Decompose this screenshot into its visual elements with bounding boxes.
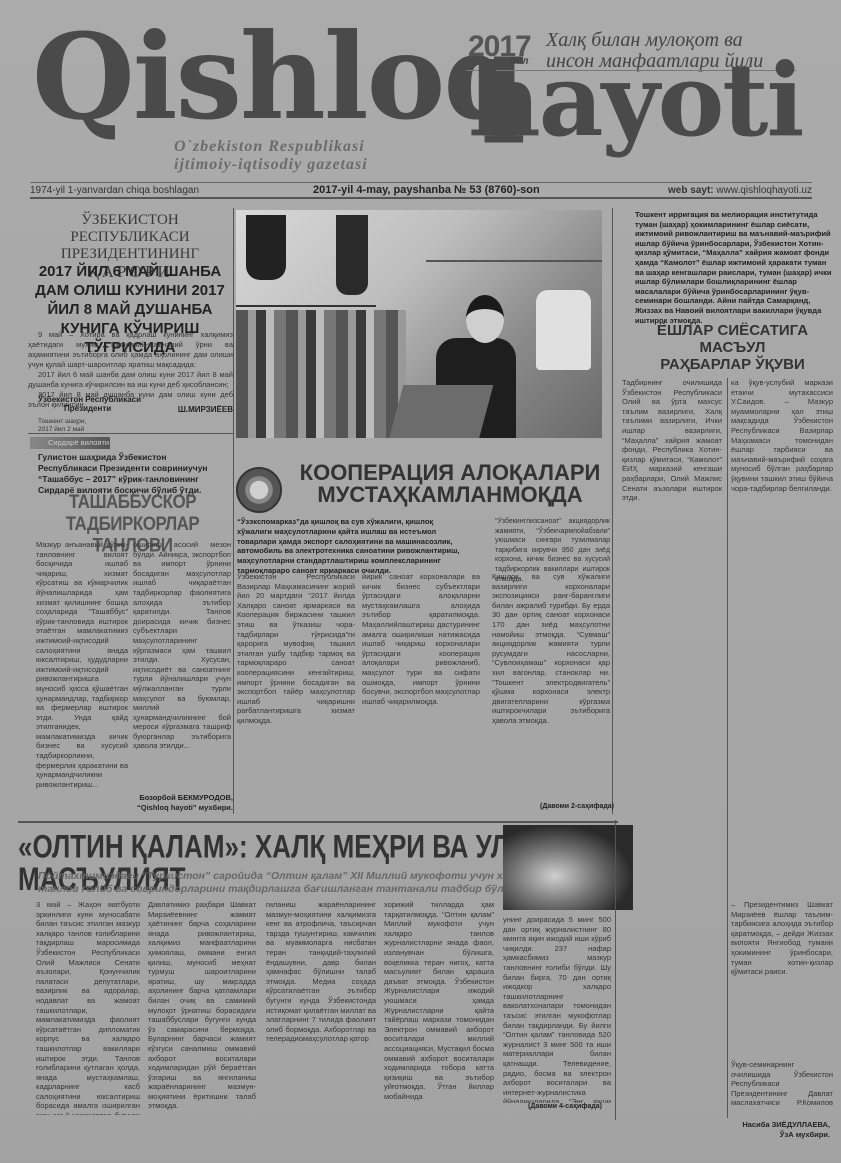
oltin-col-3: гиланиш жараёнларининг мазмун-моҳиятини … xyxy=(266,900,376,1115)
section-tag-sirdaryo: Сирдарё вилояти xyxy=(30,437,110,449)
cooperation-title: КООПЕРАЦИЯ АЛОҚАЛАРИ МУСТАҲКАМЛАНМОҚДА xyxy=(290,462,610,506)
youth-col-1: Тадбирнинг очилишида Ўзбекистон Республи… xyxy=(622,378,722,1098)
youth-title-line3: РАҲБАРЛАР ЎҚУВИ xyxy=(625,356,840,373)
oltin-col-5: унинг доирасида 5 минг 500 дан ортиқ жур… xyxy=(503,915,611,1103)
continued-note: (Давоми 2-саҳифада) xyxy=(540,803,614,810)
signer-name: Ш.МИРЗИЁЕВ xyxy=(178,405,233,414)
masthead-title-left: Qishloq xyxy=(32,18,524,136)
decree-place-date: Тошкент шаҳри, 2017 йил 2 май xyxy=(38,418,86,434)
decree-heading-line2: ПРЕЗИДЕНТИНИНГ xyxy=(30,246,230,263)
youth-col-4: Ўқув-семинарнинг очилишида Ўзбекистон Ре… xyxy=(731,1060,833,1105)
newspaper-page: Qishloq O`zbekiston Respublikasi ijtimoi… xyxy=(0,0,841,1163)
decree-heading-line1: ЎЗБЕКИСТОН РЕСПУБЛИКАСИ xyxy=(30,212,230,246)
oltin-col-4: хорижий тилларда ҳам тарқатилмоқда. “Олт… xyxy=(384,900,494,1115)
column-divider xyxy=(233,208,234,814)
section-divider xyxy=(18,821,618,823)
oltin-col-1: 3 май – Жаҳон матбуоти эркинлиги куни му… xyxy=(36,900,140,1115)
cooperation-title-line2: МУСТАҲКАМЛАНМОҚДА xyxy=(290,484,610,506)
sirdaryo-author: Бозорбой БЕКМУРОДОВ, “Qishloq hayoti” му… xyxy=(133,793,233,813)
youth-title-line1: ЁШЛАР СИЁСАТИГА xyxy=(625,322,840,339)
oltin-qalam-photo xyxy=(503,825,633,910)
oltin-col-2: Давлатимиз раҳбари Шавкат Мирзиёевнинг ж… xyxy=(148,900,256,1115)
cooperation-col-3: Қишлоқ ва сув хўжалиги вазирлиги корхона… xyxy=(492,572,610,797)
continued-note: (Давоми 4-саҳифада) xyxy=(528,1103,602,1110)
author-role: ЎзА мухбири. xyxy=(700,1130,830,1140)
cooperation-col-1: Ўзбекистон Республикаси Вазирлар Маҳкама… xyxy=(237,572,355,812)
column-divider xyxy=(615,820,616,1120)
decree-paragraph: 9 май – Хотира ва қадрлаш кунининг халқи… xyxy=(28,330,233,370)
sirdaryo-title-line1: ТАШАББУСКОР xyxy=(30,491,235,513)
youth-lead: Тошкент ирригация ва мелиорация институт… xyxy=(635,210,835,325)
youth-title: ЁШЛАР СИЁСАТИГА МАСЪУЛ РАҲБАРЛАР ЎҚУВИ xyxy=(625,322,840,373)
cooperation-title-line1: КООПЕРАЦИЯ АЛОҚАЛАРИ xyxy=(290,462,610,484)
masthead-subtitle-line1: O`zbekiston Respublikasi xyxy=(174,138,368,156)
divider xyxy=(28,433,233,434)
sirdaryo-col-1: Мазкур анъанавий кўрик-танловнинг вилоят… xyxy=(36,540,128,802)
masthead-subtitle-line2: ijtimoiy-iqtisodiy gazetasi xyxy=(174,156,368,174)
sirdaryo-lead: Гулистон шаҳрида Ўзбекистон Республикаси… xyxy=(38,452,228,496)
column-divider xyxy=(727,378,728,1118)
cooperation-col-2: йирик саноат корхоналари ва кичик бизнес… xyxy=(362,572,480,812)
youth-title-line2: МАСЪУЛ xyxy=(625,339,840,356)
column-divider xyxy=(612,208,613,814)
founded-text: 1974-yil 1-yanvardan chiqa boshlagan xyxy=(30,185,199,196)
cooperation-lead: “Ўзэкспомарказ”да қишлоқ ва сув хўжалиги… xyxy=(237,517,467,576)
website: web sayt: www.qishloqhayoti.uz xyxy=(668,185,812,196)
decree-paragraph: 2017 йил 6 май шанба дам олиш куни 2017 … xyxy=(28,370,233,390)
author-name: Бозорбой БЕКМУРОДОВ, xyxy=(133,793,233,803)
youth-author: Насиба ЗИЁДУЛЛАЕВА, ЎзА мухбири. xyxy=(700,1120,830,1140)
sirdaryo-col-2: ошириш асосий мезон бўлди. Айниқса, эксп… xyxy=(133,540,231,790)
issue-info-bar: 1974-yil 1-yanvardan chiqa boshlagan 201… xyxy=(30,182,812,199)
decree-signature: Ўзбекистон Республикаси Президенти Ш.МИР… xyxy=(38,395,233,413)
youth-col-2: ка ўқув-услубий маркази етакчи мутахасси… xyxy=(731,378,833,758)
youth-col-3: – Президентимиз Шавкат Мирзиёев ёшлар та… xyxy=(731,900,833,1050)
expo-logo-icon xyxy=(236,467,282,513)
author-role: “Qishloq hayoti” мухбири. xyxy=(133,803,233,813)
masthead-subtitle: O`zbekiston Respublikasi ijtimoiy-iqtiso… xyxy=(174,138,368,174)
author-name: Насиба ЗИЁДУЛЛАЕВА, xyxy=(700,1120,830,1130)
web-url[interactable]: www.qishloqhayoti.uz xyxy=(716,185,812,196)
decree-place: Тошкент шаҳри, xyxy=(38,418,86,426)
masthead-title-right: hayoti xyxy=(468,50,802,150)
shop-photo xyxy=(236,210,602,438)
issue-date: 2017-yil 4-may, payshanba № 53 (8760)-so… xyxy=(313,184,540,196)
web-label: web sayt: xyxy=(668,185,714,196)
signer-title: Ўзбекистон Республикаси xyxy=(38,395,233,404)
